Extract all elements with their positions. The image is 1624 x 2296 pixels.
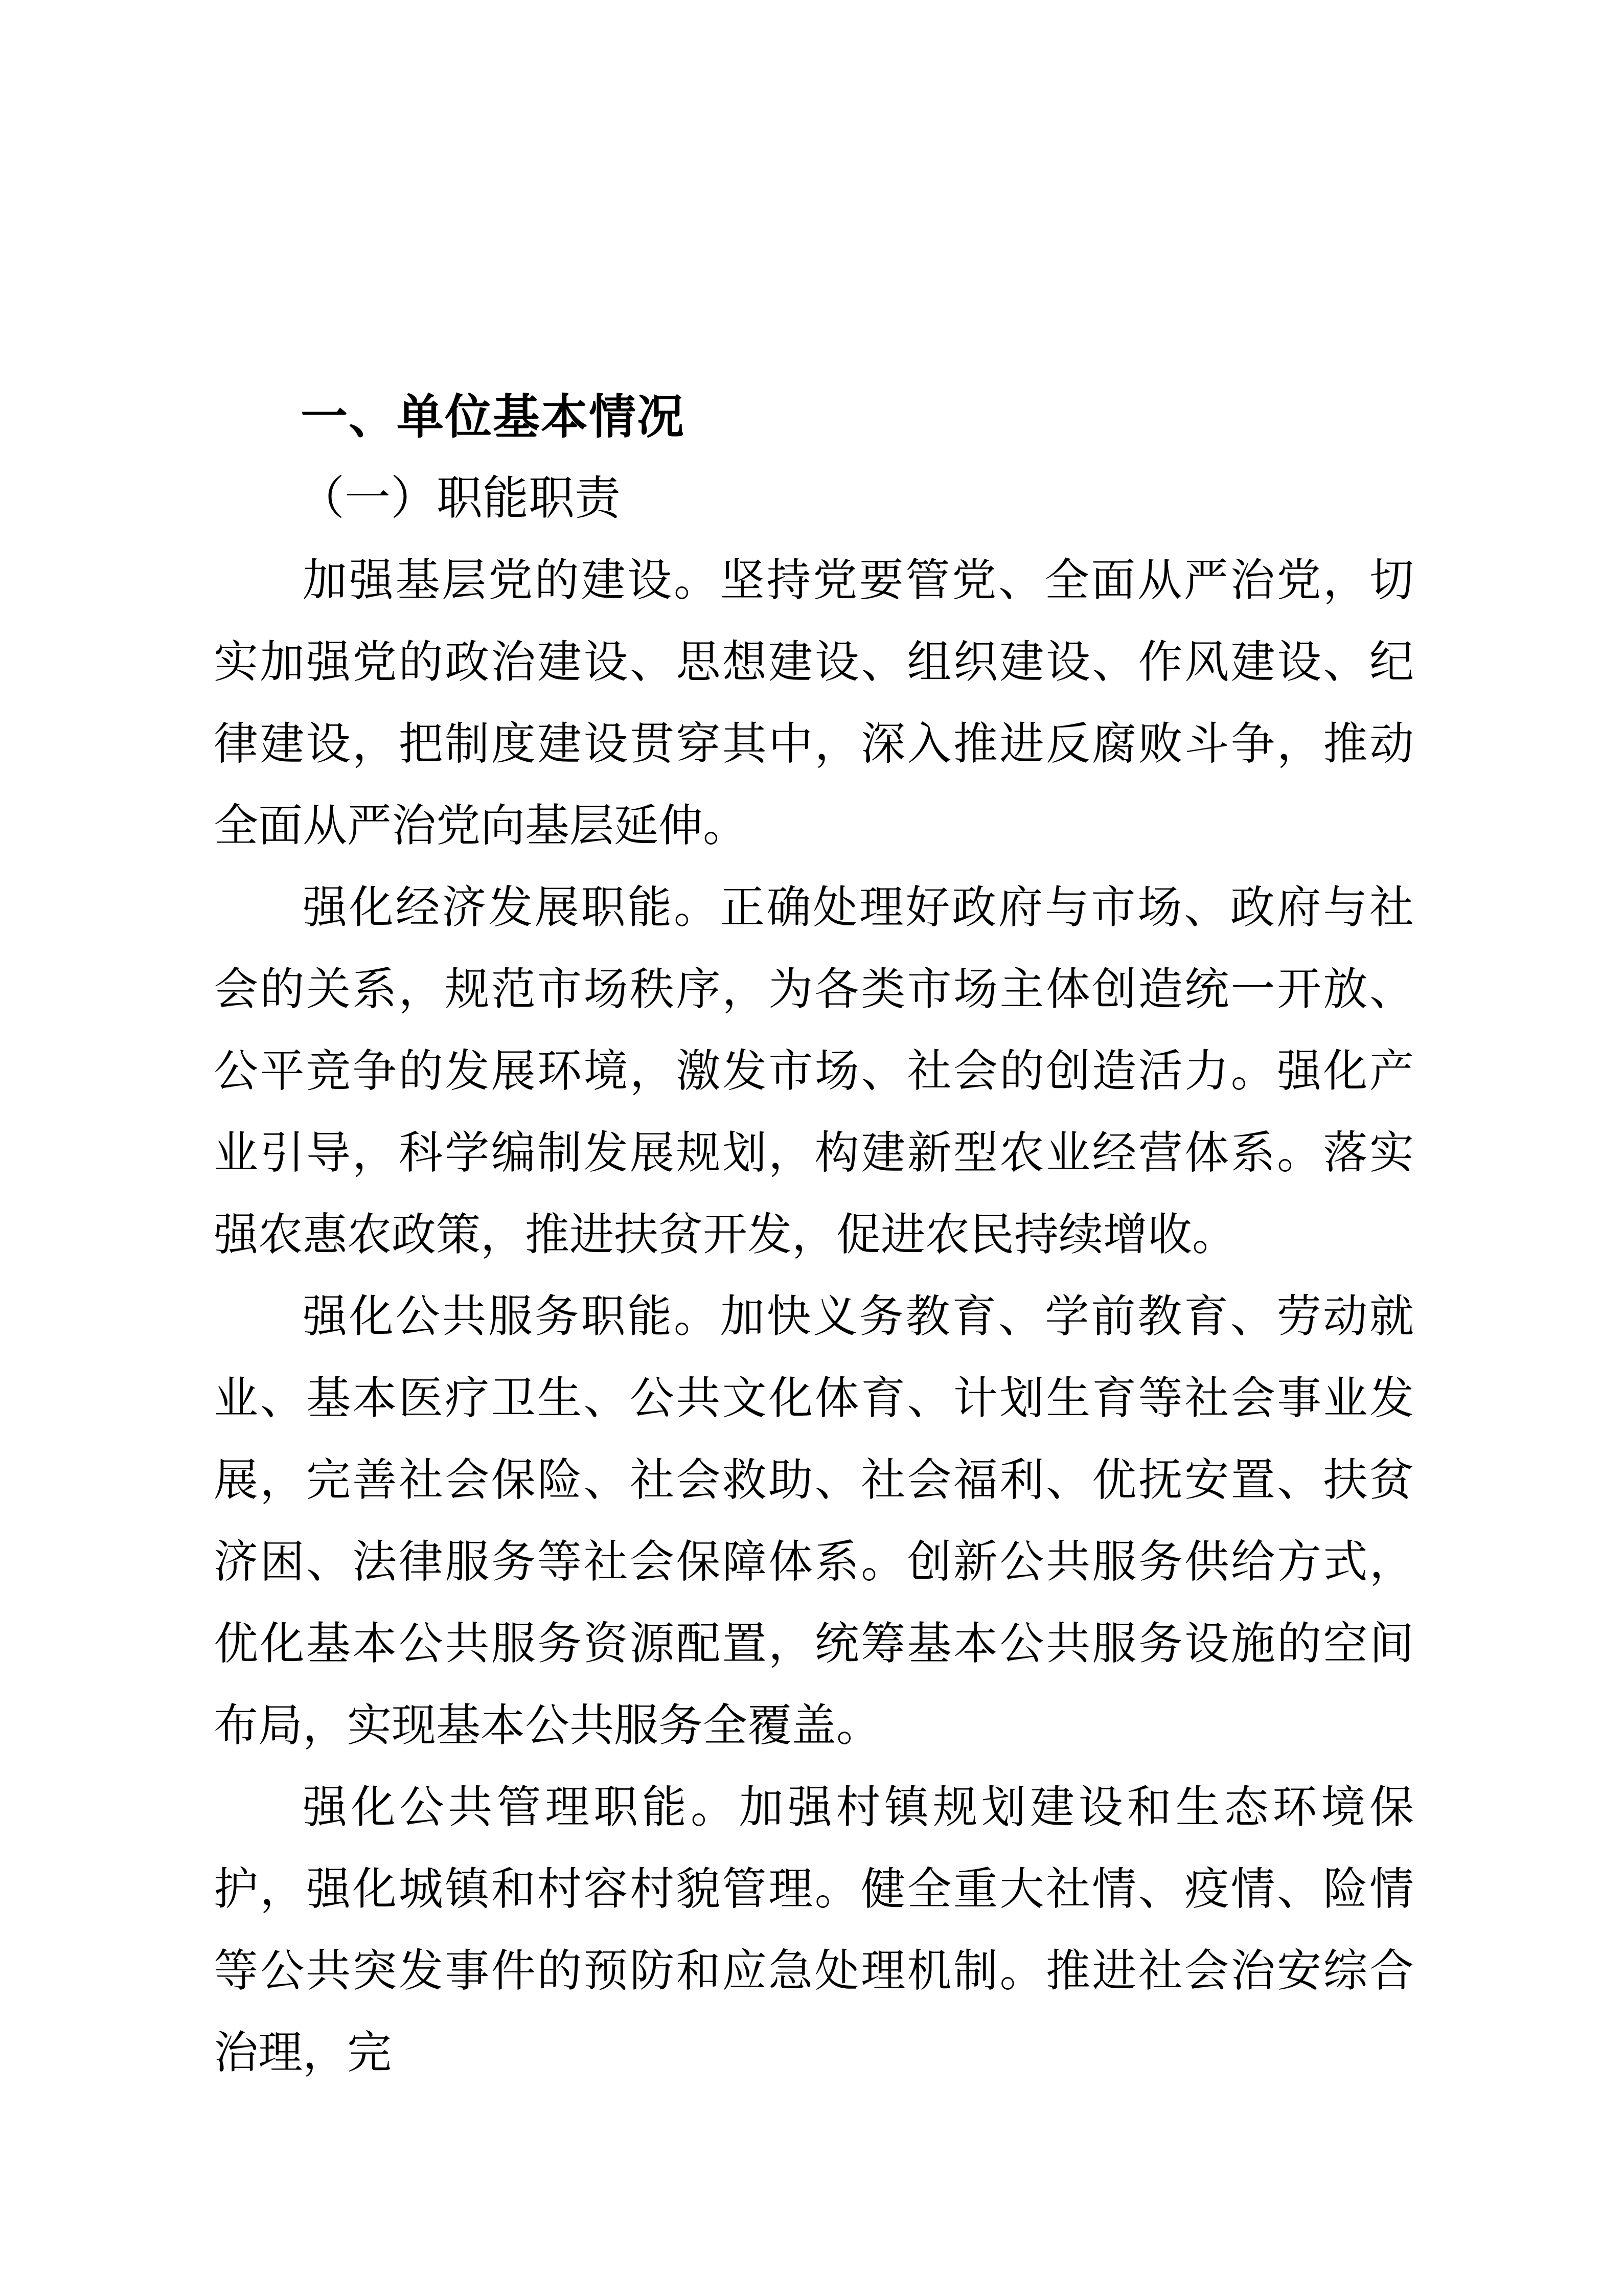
document-content: 一、单位基本情况 （一）职能职责 加强基层党的建设。坚持党要管党、全面从严治党，… xyxy=(214,376,1414,2094)
document-page: 一、单位基本情况 （一）职能职责 加强基层党的建设。坚持党要管党、全面从严治党，… xyxy=(0,0,1624,2296)
subsection-heading: （一）职能职责 xyxy=(214,458,1414,540)
paragraph-public-service: 强化公共服务职能。加快义务教育、学前教育、劳动就业、基本医疗卫生、公共文化体育、… xyxy=(214,1276,1414,1767)
paragraph-party-building: 加强基层党的建设。坚持党要管党、全面从严治党，切实加强党的政治建设、思想建设、组… xyxy=(214,540,1414,867)
section-heading: 一、单位基本情况 xyxy=(214,376,1414,458)
paragraph-public-administration: 强化公共管理职能。加强村镇规划建设和生态环境保护，强化城镇和村容村貌管理。健全重… xyxy=(214,1767,1414,2094)
paragraph-economic-development: 强化经济发展职能。正确处理好政府与市场、政府与社会的关系，规范市场秩序，为各类市… xyxy=(214,867,1414,1276)
